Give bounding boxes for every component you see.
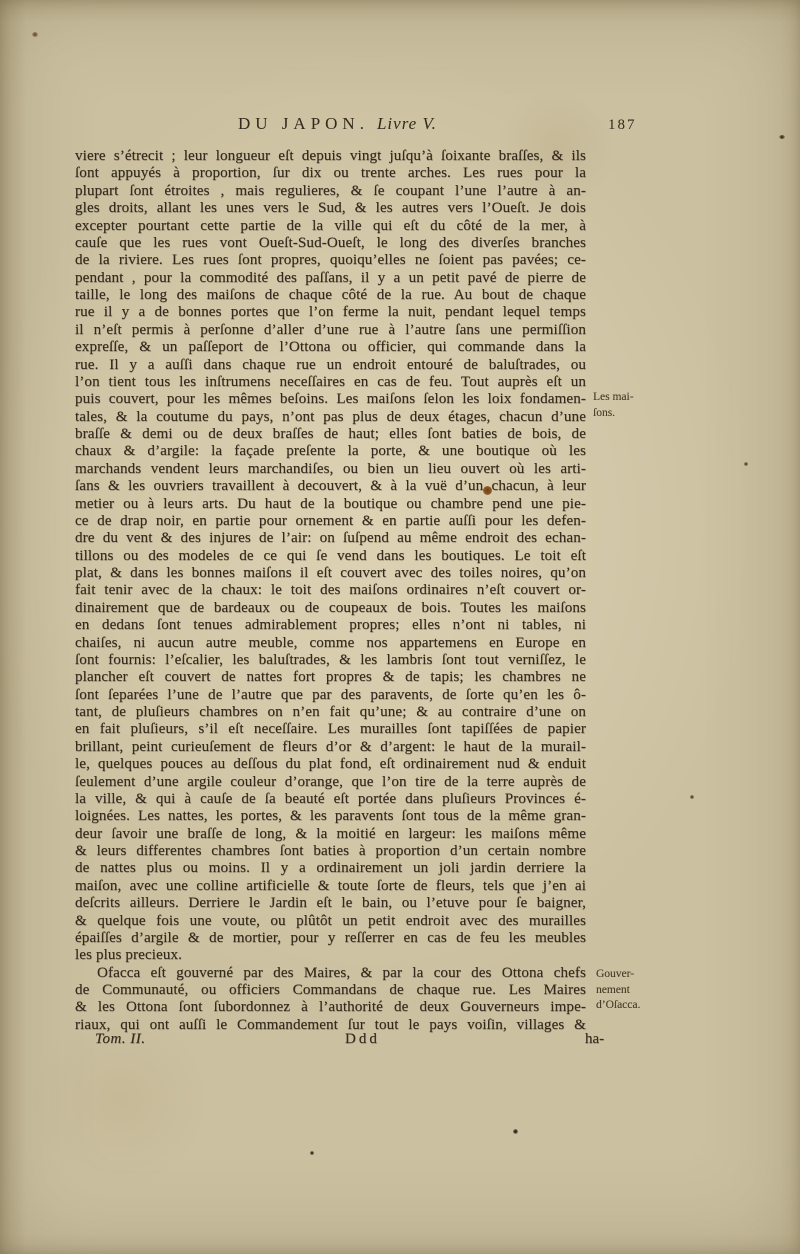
volume-label: Tom. II. [95, 1031, 146, 1048]
text-line: l’on tient tous les inſtrumens neceſſair… [75, 374, 586, 391]
text-line: deur ſavoir une braſſe de long, & la moi… [75, 826, 586, 843]
text-line: tant, de pluſieurs chambres on n’en fait… [75, 704, 586, 721]
text-line: le, quelques pouces au deſſous du plat f… [75, 756, 586, 773]
margin-note-line: Gouver- [596, 967, 680, 983]
text-line: tales, & la coutume du pays, n’ont pas p… [75, 409, 586, 426]
text-line: de Communauté, ou officiers Commandans d… [75, 982, 586, 999]
text-line: plupart ſont étroites , mais regulieres,… [75, 183, 586, 200]
catchword: ha- [585, 1031, 604, 1048]
text-line: braſſe & demi ou de deux braſſes de haut… [75, 426, 586, 443]
text-line: loignées. Les nattes, les portes, & les … [75, 808, 586, 825]
text-line: il n’eſt permis à perſonne d’aller d’une… [75, 322, 586, 339]
margin-note-line: ſons. [593, 406, 677, 422]
running-title: DU JAPON. [238, 114, 369, 133]
text-line: en dedans ſont tenues admirablement prop… [75, 617, 586, 634]
page-header: DU JAPON.Livre V. [238, 114, 437, 134]
text-line: épaiſſes d’argile & de mortier, pour y r… [75, 930, 586, 947]
margin-note-gouvernement: Gouver- nement d’Oſacca. [596, 967, 680, 1014]
text-line: ce de drap noir, en partie pour ornement… [75, 513, 586, 530]
text-line: ſont ſeparées l’une de l’autre que par d… [75, 687, 586, 704]
text-line: ſeulement d’une argile couleur d’orange,… [75, 774, 586, 791]
page-number: 187 [608, 117, 637, 134]
book-page-scan: DU JAPON.Livre V. 187 viere s’étrecit ; … [0, 0, 800, 1254]
text-line: de la riviere. Les rues ſont propres, qu… [75, 252, 586, 269]
paper-speck [690, 795, 694, 799]
text-line: plancher eſt couvert de nattes fort prop… [75, 669, 586, 686]
text-line: cauſe que les rues vont Oueſt-Sud-Oueſt,… [75, 235, 586, 252]
text-line: en fait pluſieurs, s’il eſt neceſſaire. … [75, 721, 586, 738]
margin-note-line: d’Oſacca. [596, 998, 680, 1014]
text-line: gles droits, allant les unes vers le Sud… [75, 200, 586, 217]
margin-note-les-maisons: Les mai- ſons. [593, 390, 677, 421]
text-line: puis couvert, pour les mêmes beſoins. Le… [75, 391, 586, 408]
text-line: fait tenir avec de la chaux: le toit des… [75, 582, 586, 599]
text-line: rue il y a de bonnes portes que l’on fer… [75, 304, 586, 321]
text-line: viere s’étrecit ; leur longueur eſt depu… [75, 148, 586, 165]
signature-line: Tom. II. Ddd ha- [0, 1031, 800, 1049]
text-line: metier ou à leurs arts. Du haut de la bo… [75, 496, 586, 513]
text-line: ſont fournis: l’eſcalier, les baluſtrade… [75, 652, 586, 669]
text-line: rue. Il y a auſſi dans chaque rue un end… [75, 357, 586, 374]
paper-speck [779, 135, 785, 139]
text-line: deſcrits ailleurs. Derriere le Jardin eſ… [75, 895, 586, 912]
text-line: ſont appuyés à proportion, ſur dix ou tr… [75, 165, 586, 182]
text-line: la ville, & qui à cauſe de ſa beauté eſt… [75, 791, 586, 808]
text-line: & leurs differentes chambres ſont baties… [75, 843, 586, 860]
text-line: tillons ou des modeles de ce qui ſe vend… [75, 548, 586, 565]
paper-speck [310, 1151, 314, 1155]
gathering-signature: Ddd [345, 1031, 380, 1048]
text-line: brillant, peint curieuſement de fleurs d… [75, 739, 586, 756]
text-line: chaiſes, ni aucun autre meuble, comme no… [75, 635, 586, 652]
text-line: plat, & dans les bonnes maiſons il eſt c… [75, 565, 586, 582]
text-line: taille, le long des maiſons de chaque cô… [75, 287, 586, 304]
text-line: ſans & les ouvriers travaillent à decouv… [75, 478, 586, 495]
text-line: excepter pourtant cette partie de la vil… [75, 218, 586, 235]
text-line-paragraph-end: les plus precieux. [75, 947, 586, 964]
margin-note-line: Les mai- [593, 390, 677, 406]
text-line: maiſon, avec une colline artificielle & … [75, 878, 586, 895]
text-line: expreſſe, & un paſſeport de l’Ottona ou … [75, 339, 586, 356]
paper-speck [513, 1129, 518, 1134]
body-text: viere s’étrecit ; leur longueur eſt depu… [75, 148, 586, 1034]
text-line: dre du vent & des injures de l’air: on ſ… [75, 530, 586, 547]
text-line: marchands vendent leurs marchandiſes, ou… [75, 461, 586, 478]
paper-speck [32, 32, 38, 37]
text-line: pendant , pour la commodité des paſſans,… [75, 270, 586, 287]
text-line: de nattes plus ou moins. Il y a ordinair… [75, 860, 586, 877]
text-line: & les Ottona ſont ſubordonnez à l’author… [75, 999, 586, 1016]
text-line: & quelque fois une voute, ou plûtôt un p… [75, 913, 586, 930]
paper-speck [744, 462, 748, 466]
book-label: Livre V. [377, 114, 437, 133]
margin-note-line: nement [596, 983, 680, 999]
text-line: chaux & d’argile: la façade preſente la … [75, 443, 586, 460]
text-line: dinairement que de bardeaux ou de coupea… [75, 600, 586, 617]
text-line-paragraph-start: Ofacca eſt gouverné par des Maires, & pa… [75, 965, 586, 982]
